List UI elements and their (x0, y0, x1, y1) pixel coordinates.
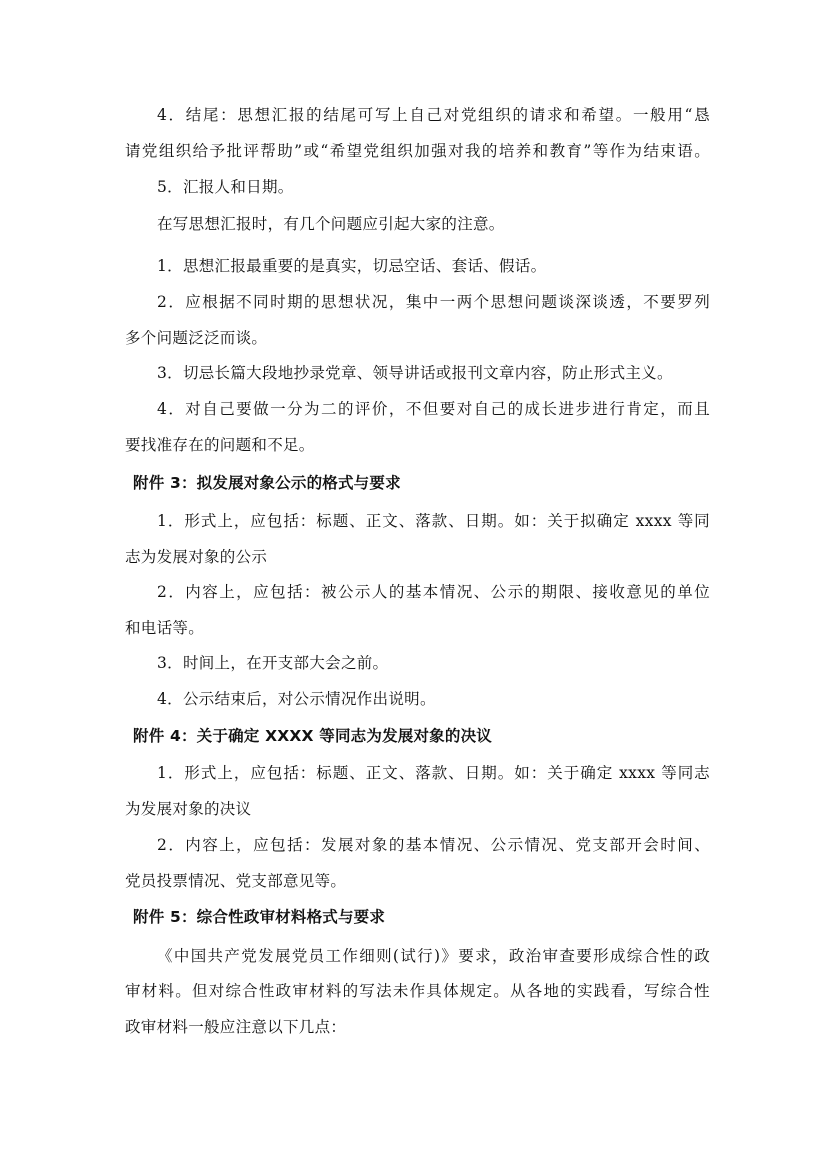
attachment5-heading: 附件 5：综合性政审材料格式与要求 (133, 907, 718, 927)
attachment4-item1-line1: 1．形式上，应包括：标题、正文、落款、日期。如：关于确定 xxxx 等同志 (157, 763, 710, 783)
paragraph-notice-intro: 在写思想汇报时，有几个问题应引起大家的注意。 (157, 214, 710, 234)
paragraph-note1: 1．思想汇报最重要的是真实，切忌空话、套话、假话。 (157, 256, 710, 276)
attachment4-heading: 附件 4：关于确定 XXXX 等同志为发展对象的决议 (133, 726, 718, 746)
attachment3-item1-line1: 1．形式上，应包括：标题、正文、落款、日期。如：关于拟确定 xxxx 等同 (157, 511, 710, 531)
document-page: 4．结尾：思想汇报的结尾可写上自己对党组织的请求和希望。一般用“恳 请党组织给予… (0, 0, 826, 1169)
paragraph-item4-line1: 4．结尾：思想汇报的结尾可写上自己对党组织的请求和希望。一般用“恳 (157, 105, 710, 125)
paragraph-item4-line2: 请党组织给予批评帮助”或“希望党组织加强对我的培养和教育”等作为结束语。 (125, 141, 710, 161)
attachment3-item2-line2: 和电话等。 (125, 618, 710, 638)
attachment5-para-line3: 政审材料一般应注意以下几点： (125, 1017, 710, 1037)
attachment3-item1-line2: 志为发展对象的公示 (125, 547, 710, 567)
paragraph-item5: 5．汇报人和日期。 (157, 177, 710, 197)
attachment3-item2-line1: 2．内容上，应包括：被公示人的基本情况、公示的期限、接收意见的单位 (157, 582, 710, 602)
attachment4-item2-line1: 2．内容上，应包括：发展对象的基本情况、公示情况、党支部开会时间、 (157, 835, 710, 855)
attachment4-item1-line2: 为发展对象的决议 (125, 799, 710, 819)
attachment3-item4: 4．公示结束后，对公示情况作出说明。 (157, 689, 710, 709)
attachment5-para-line2: 审材料。但对综合性政审材料的写法未作具体规定。从各地的实践看，写综合性 (125, 981, 710, 1001)
paragraph-note2-line1: 2．应根据不同时期的思想状况，集中一两个思想问题谈深谈透，不要罗列 (157, 292, 710, 312)
paragraph-note3: 3．切忌长篇大段地抄录党章、领导讲话或报刊文章内容，防止形式主义。 (157, 363, 710, 383)
attachment3-item3: 3．时间上，在开支部大会之前。 (157, 653, 710, 673)
paragraph-note2-line2: 多个问题泛泛而谈。 (125, 328, 710, 348)
attachment5-para-line1: 《中国共产党发展党员工作细则(试行)》要求，政治审查要形成综合性的政 (157, 946, 710, 966)
paragraph-note4-line2: 要找准存在的问题和不足。 (125, 435, 710, 455)
attachment3-heading: 附件 3：拟发展对象公示的格式与要求 (133, 473, 718, 493)
attachment4-item2-line2: 党员投票情况、党支部意见等。 (125, 871, 710, 891)
paragraph-note4-line1: 4．对自己要做一分为二的评价，不但要对自己的成长进步进行肯定，而且 (157, 399, 710, 419)
